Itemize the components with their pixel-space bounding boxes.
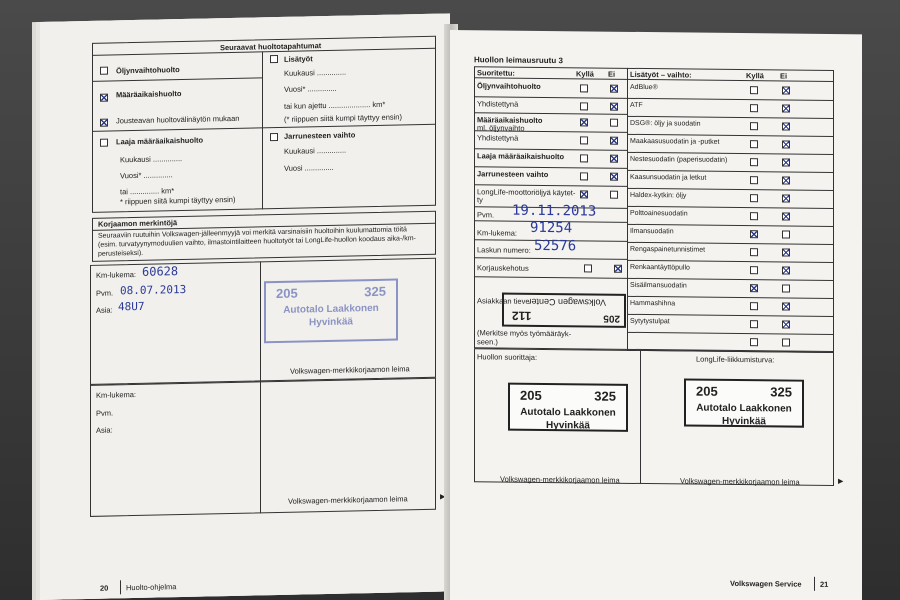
extras-yes-checkbox[interactable] bbox=[750, 248, 758, 256]
corrosion-label: Korjauskehotus bbox=[477, 263, 529, 273]
extras-checkbox[interactable] bbox=[270, 55, 278, 63]
entry1-km-value: 60628 bbox=[142, 264, 178, 279]
stamp-code-right: 325 bbox=[364, 284, 386, 299]
extras-no-checkbox[interactable] bbox=[782, 140, 790, 148]
extras-row-label: Kaasunsuodatin ja letkut bbox=[630, 174, 706, 183]
extras-no-checkbox[interactable] bbox=[782, 212, 790, 220]
extras-row-label: Maakaasusuodatin ja -putket bbox=[630, 138, 720, 147]
oil-service-checkbox[interactable] bbox=[100, 67, 108, 75]
extras-yes-checkbox[interactable] bbox=[750, 122, 758, 130]
date-value: 19.11.2013 bbox=[512, 203, 596, 220]
extras-yes-checkbox[interactable] bbox=[750, 230, 758, 238]
corrosion-no-checkbox[interactable] bbox=[614, 265, 622, 273]
invoice-value: 52576 bbox=[534, 238, 576, 254]
extras-no-checkbox[interactable] bbox=[782, 122, 790, 130]
extras-row-label: Sytytystulpat bbox=[630, 318, 670, 327]
performed-no-header: Ei bbox=[608, 70, 615, 79]
performed-row-label: Yhdistettynä bbox=[477, 133, 518, 142]
upside-stamp-code: 112 bbox=[512, 309, 531, 323]
extras-yes-checkbox[interactable] bbox=[750, 194, 758, 202]
right-page: Huollon leimausruutu 3 Suoritettu: Kyllä… bbox=[450, 30, 862, 600]
right-page-number: 21 bbox=[820, 580, 828, 589]
entry2-asia-label: Asia: bbox=[96, 425, 113, 434]
stamp-code-left: 205 bbox=[276, 286, 298, 301]
extras-row-label: Polttoainesuodatin bbox=[630, 210, 688, 219]
periodic-service-label: Määräaikaishuolto bbox=[116, 89, 181, 99]
date-label: Pvm. bbox=[477, 210, 494, 219]
entry1-date-label: Pvm. bbox=[96, 288, 113, 297]
performed-yes-checkbox[interactable] bbox=[580, 118, 588, 126]
extras-no-checkbox[interactable] bbox=[782, 266, 790, 274]
upside-stamp-text: Volkswagen Center bbox=[528, 297, 606, 308]
workshop-notes-title: Korjaamon merkintöjä bbox=[98, 218, 177, 229]
continue-arrow-icon: ▶ bbox=[838, 478, 843, 486]
extras-yes-checkbox[interactable] bbox=[750, 212, 758, 220]
extras-row-label: Sisäilmansuodatin bbox=[630, 282, 687, 291]
extras-year-field[interactable]: Vuosi* .............. bbox=[284, 84, 337, 94]
brake-month-field[interactable]: Kuukausi .............. bbox=[284, 146, 346, 156]
extras-row-label: Ilmansuodatin bbox=[630, 228, 674, 237]
brake-fluid-checkbox[interactable] bbox=[270, 133, 278, 141]
km-label: Km-lukema: bbox=[477, 228, 517, 237]
stamp2-label: Volkswagen-merkkikorjaamon leima bbox=[680, 476, 800, 486]
performed-row-label: Laaja määräaikaishuolto bbox=[477, 151, 564, 161]
brake-year-field[interactable]: Vuosi .............. bbox=[284, 163, 334, 173]
extras-yes-checkbox[interactable] bbox=[750, 320, 758, 328]
left-page-number: 20 bbox=[100, 584, 108, 593]
performed-no-checkbox[interactable] bbox=[610, 173, 618, 181]
faded-workshop-stamp: 205 325 Autotalo LaakkonenHyvinkää bbox=[264, 279, 398, 344]
workshop-notes-line3: perusteiseksi). bbox=[98, 250, 143, 259]
footer-brand: Volkswagen Service bbox=[730, 579, 802, 589]
extras-yes-checkbox[interactable] bbox=[750, 140, 758, 148]
extras-row-label: Renkaantäyttöpullo bbox=[630, 264, 690, 273]
performed-no-checkbox[interactable] bbox=[610, 191, 618, 199]
extras-yes-checkbox[interactable] bbox=[750, 176, 758, 184]
extras-row-label: ATF bbox=[630, 102, 643, 111]
extras-yes-checkbox[interactable] bbox=[750, 266, 758, 274]
extras-no-checkbox[interactable] bbox=[782, 158, 790, 166]
extras-row-label: Rengaspainetunnistimet bbox=[630, 246, 705, 255]
stamp2-code-right: 325 bbox=[770, 384, 792, 399]
extended-month-field[interactable]: Kuukausi .............. bbox=[120, 154, 182, 164]
performed-no-checkbox[interactable] bbox=[610, 119, 618, 127]
extended-service-checkbox[interactable] bbox=[100, 139, 108, 147]
workshop-stamp-2: 205 325 Autotalo LaakkonenHyvinkää bbox=[684, 378, 804, 427]
extras-no-checkbox[interactable] bbox=[782, 230, 790, 238]
longlife-label: LongLife-liikkumisturva: bbox=[696, 355, 774, 365]
extras-yes-checkbox[interactable] bbox=[750, 284, 758, 292]
performed-yes-checkbox[interactable] bbox=[580, 136, 588, 144]
extras-no-checkbox[interactable] bbox=[782, 302, 790, 310]
extended-year-field[interactable]: Vuosi* .............. bbox=[120, 170, 173, 180]
performed-row-sublabel: ty bbox=[477, 195, 483, 204]
extras-yes-checkbox[interactable] bbox=[750, 302, 758, 310]
extended-service-label: Laaja määräaikaishuolto bbox=[116, 136, 203, 147]
customer-note2: seen.) bbox=[477, 337, 498, 346]
extras-row-label: AdBlue® bbox=[630, 84, 658, 93]
entry1-km-label: Km-lukema: bbox=[96, 270, 136, 280]
stamp1-code-right: 325 bbox=[594, 389, 616, 404]
periodic-service-checkbox[interactable] bbox=[100, 94, 108, 102]
performed-yes-checkbox[interactable] bbox=[580, 84, 588, 92]
extras-no-header: Ei bbox=[780, 71, 787, 80]
stamp2-city: Hyvinkää bbox=[686, 415, 802, 429]
extras-no-checkbox[interactable] bbox=[782, 176, 790, 184]
performed-no-checkbox[interactable] bbox=[610, 103, 618, 111]
extended-km-field[interactable]: tai .............. km* bbox=[120, 186, 174, 196]
performed-yes-header: Kyllä bbox=[576, 69, 594, 78]
performed-no-checkbox[interactable] bbox=[610, 155, 618, 163]
extras-yes-checkbox[interactable] bbox=[750, 104, 758, 112]
performed-no-checkbox[interactable] bbox=[610, 85, 618, 93]
extras-row-label: Hammashihna bbox=[630, 300, 675, 309]
performed-yes-checkbox[interactable] bbox=[580, 154, 588, 162]
upside-down-stamp: 112 205 Volkswagen Center bbox=[502, 293, 626, 328]
entry1-date-value: 08.07.2013 bbox=[120, 283, 186, 297]
extras-label: Lisätyöt bbox=[284, 54, 313, 64]
workshop-stamp-1: 205 325 Autotalo LaakkonenHyvinkää bbox=[508, 383, 628, 432]
extras-row-label: Nestesuodatin (paperisuodatin) bbox=[630, 156, 727, 165]
performed-row-label: Jarrunesteen vaihto bbox=[477, 169, 548, 179]
stamp1-code-left: 205 bbox=[520, 388, 542, 403]
stamp1-city: Hyvinkää bbox=[510, 419, 626, 433]
extras-row-label: DSG®: öljy ja suodatin bbox=[630, 120, 701, 129]
extras-no-checkbox[interactable] bbox=[782, 338, 790, 346]
stamp2-code-left: 205 bbox=[696, 384, 718, 399]
performed-yes-checkbox[interactable] bbox=[580, 190, 588, 198]
entry2-date-label: Pvm. bbox=[96, 408, 113, 417]
extras-yes-checkbox[interactable] bbox=[750, 158, 758, 166]
performed-row-label: Öljynvaihtohuolto bbox=[477, 81, 541, 91]
extras-no-checkbox[interactable] bbox=[782, 248, 790, 256]
extras-no-checkbox[interactable] bbox=[782, 284, 790, 292]
stamp2-name: Autotalo Laakkonen bbox=[686, 402, 802, 416]
invoice-label: Laskun numero: bbox=[477, 245, 531, 255]
performed-row-label: Yhdistettynä bbox=[477, 99, 518, 108]
performed-yes-checkbox[interactable] bbox=[580, 172, 588, 180]
extras-no-checkbox[interactable] bbox=[782, 320, 790, 328]
entry2-km-label: Km-lukema: bbox=[96, 390, 136, 400]
extras-yes-checkbox[interactable] bbox=[750, 86, 758, 94]
oil-service-label: Öljynvaihtohuolto bbox=[116, 65, 180, 75]
corrosion-yes-checkbox[interactable] bbox=[584, 264, 592, 272]
extras-yes-checkbox[interactable] bbox=[750, 338, 758, 346]
extras-yes-header: Kyllä bbox=[746, 71, 764, 80]
extras-row-label: Haldex-kytkin: öljy bbox=[630, 192, 686, 201]
stamp1-label: Volkswagen-merkkikorjaamon leima bbox=[500, 475, 620, 485]
stamp-box-title: Huollon leimausruutu 3 bbox=[474, 55, 563, 66]
performed-row-label: LongLife-moottoriöljyä käytet- bbox=[477, 187, 575, 197]
extras-no-checkbox[interactable] bbox=[782, 86, 790, 94]
performed-yes-checkbox[interactable] bbox=[580, 102, 588, 110]
performed-header: Suoritettu: bbox=[477, 68, 515, 77]
left-page-label: Huolto-ohjelma bbox=[126, 582, 176, 592]
km-value: 91254 bbox=[530, 220, 572, 236]
service-done-label: Huollon suorittaja: bbox=[477, 352, 537, 362]
upside-stamp-code2: 205 bbox=[603, 313, 620, 324]
performed-no-checkbox[interactable] bbox=[610, 137, 618, 145]
extras-no-checkbox[interactable] bbox=[782, 104, 790, 112]
stamp1-name: Autotalo Laakkonen bbox=[510, 407, 626, 421]
brake-fluid-label: Jarrunesteen vaihto bbox=[284, 130, 355, 140]
left-page: Seuraavat huoltotapahtumat Öljynvaihtohu… bbox=[40, 13, 450, 600]
interval-display-checkbox[interactable] bbox=[100, 119, 108, 127]
extras-no-checkbox[interactable] bbox=[782, 194, 790, 202]
entry1-asia-label: Asia: bbox=[96, 305, 113, 314]
entry1-asia-value: 48U7 bbox=[118, 300, 145, 314]
extras-month-field[interactable]: Kuukausi .............. bbox=[284, 68, 346, 78]
